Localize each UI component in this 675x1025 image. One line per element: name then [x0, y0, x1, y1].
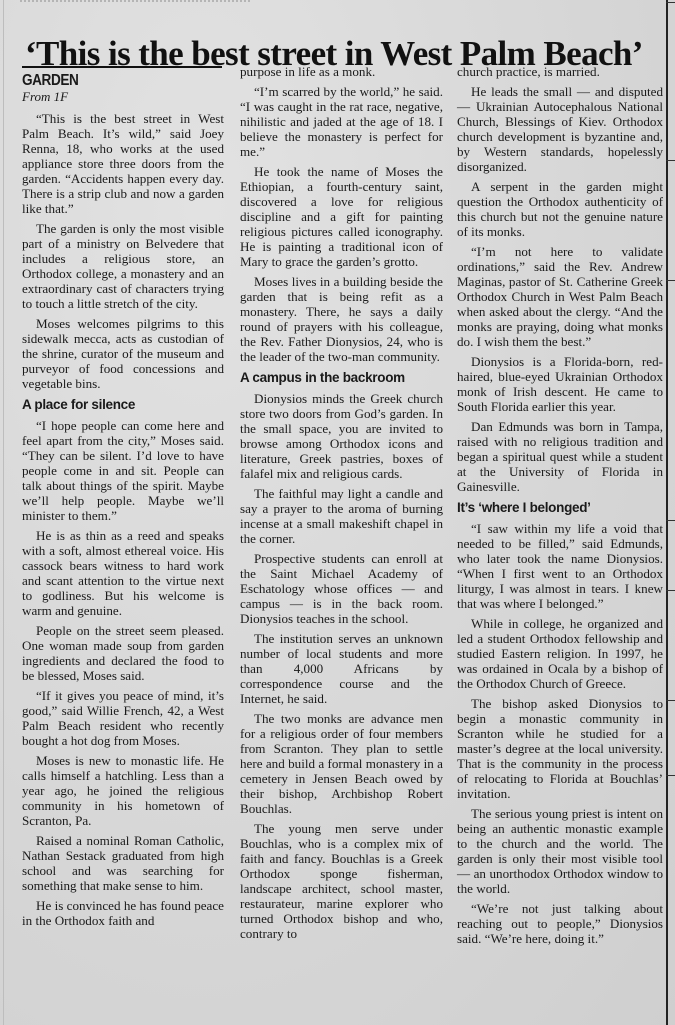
column-body: purpose in life as a monk.“I’m scarred b… [240, 64, 443, 941]
column-body: “This is the best street in West Palm Be… [22, 111, 224, 928]
article-column-3: church practice, is married.He leads the… [457, 64, 663, 951]
paragraph: People on the street seem pleased. One w… [22, 623, 224, 683]
paragraph: A serpent in the garden might question t… [457, 179, 663, 239]
paragraph: He leads the small — and disputed — Ukra… [457, 84, 663, 174]
column-body: church practice, is married.He leads the… [457, 64, 663, 946]
paragraph: “If it gives you peace of mind, it’s goo… [22, 688, 224, 748]
paragraph: Dionysios is a Florida-born, red-haired,… [457, 354, 663, 414]
paragraph: The bishop asked Dionysios to begin a mo… [457, 696, 663, 801]
paragraph: The young men serve under Bouchlas, who … [240, 821, 443, 941]
cut-off-previous-line [20, 0, 250, 6]
paragraph: Prospective students can enroll at the S… [240, 551, 443, 626]
jump-label: GARDEN [22, 72, 194, 89]
article-column-2: purpose in life as a monk.“I’m scarred b… [240, 64, 443, 946]
paragraph: The faithful may light a candle and say … [240, 486, 443, 546]
section-subhead: A place for silence [22, 397, 224, 413]
paragraph: “I saw within my life a void that needed… [457, 521, 663, 611]
paragraph: Moses welcomes pilgrims to this sidewalk… [22, 316, 224, 391]
continued-paragraph: church practice, is married. [457, 64, 663, 79]
right-column-rule [666, 0, 668, 1025]
jump-from: From 1F [22, 89, 224, 105]
paragraph: The institution serves an unknown number… [240, 631, 443, 706]
paragraph: The garden is only the most visible part… [22, 221, 224, 311]
paragraph: Dionysios minds the Greek church store t… [240, 391, 443, 481]
jump-rule [22, 66, 222, 68]
paragraph: “I hope people can come here and feel ap… [22, 418, 224, 523]
continued-paragraph: purpose in life as a monk. [240, 64, 443, 79]
paragraph: Raised a nominal Roman Catholic, Nathan … [22, 833, 224, 893]
paragraph: The serious young priest is intent on be… [457, 806, 663, 896]
paragraph: He is convinced he has found peace in th… [22, 898, 224, 928]
paragraph: “This is the best street in West Palm Be… [22, 111, 224, 216]
paragraph: “I’m scarred by the world,” he said. “I … [240, 84, 443, 159]
scan-edge [3, 0, 4, 1025]
paragraph: “We’re not just talking about reaching o… [457, 901, 663, 946]
paragraph: Moses lives in a building beside the gar… [240, 274, 443, 364]
paragraph: Moses is new to monastic life. He calls … [22, 753, 224, 828]
section-subhead: A campus in the backroom [240, 370, 443, 386]
paragraph: He took the name of Moses the Ethiopian,… [240, 164, 443, 269]
article-column-1: GARDEN From 1F “This is the best street … [22, 66, 224, 933]
paragraph: He is as thin as a reed and speaks with … [22, 528, 224, 618]
paragraph: The two monks are advance men for a reli… [240, 711, 443, 816]
paragraph: Dan Edmunds was born in Tampa, raised wi… [457, 419, 663, 494]
paragraph: While in college, he organized and led a… [457, 616, 663, 691]
paragraph: “I’m not here to validate ordinations,” … [457, 244, 663, 349]
section-subhead: It’s ‘where I belonged’ [457, 500, 663, 516]
